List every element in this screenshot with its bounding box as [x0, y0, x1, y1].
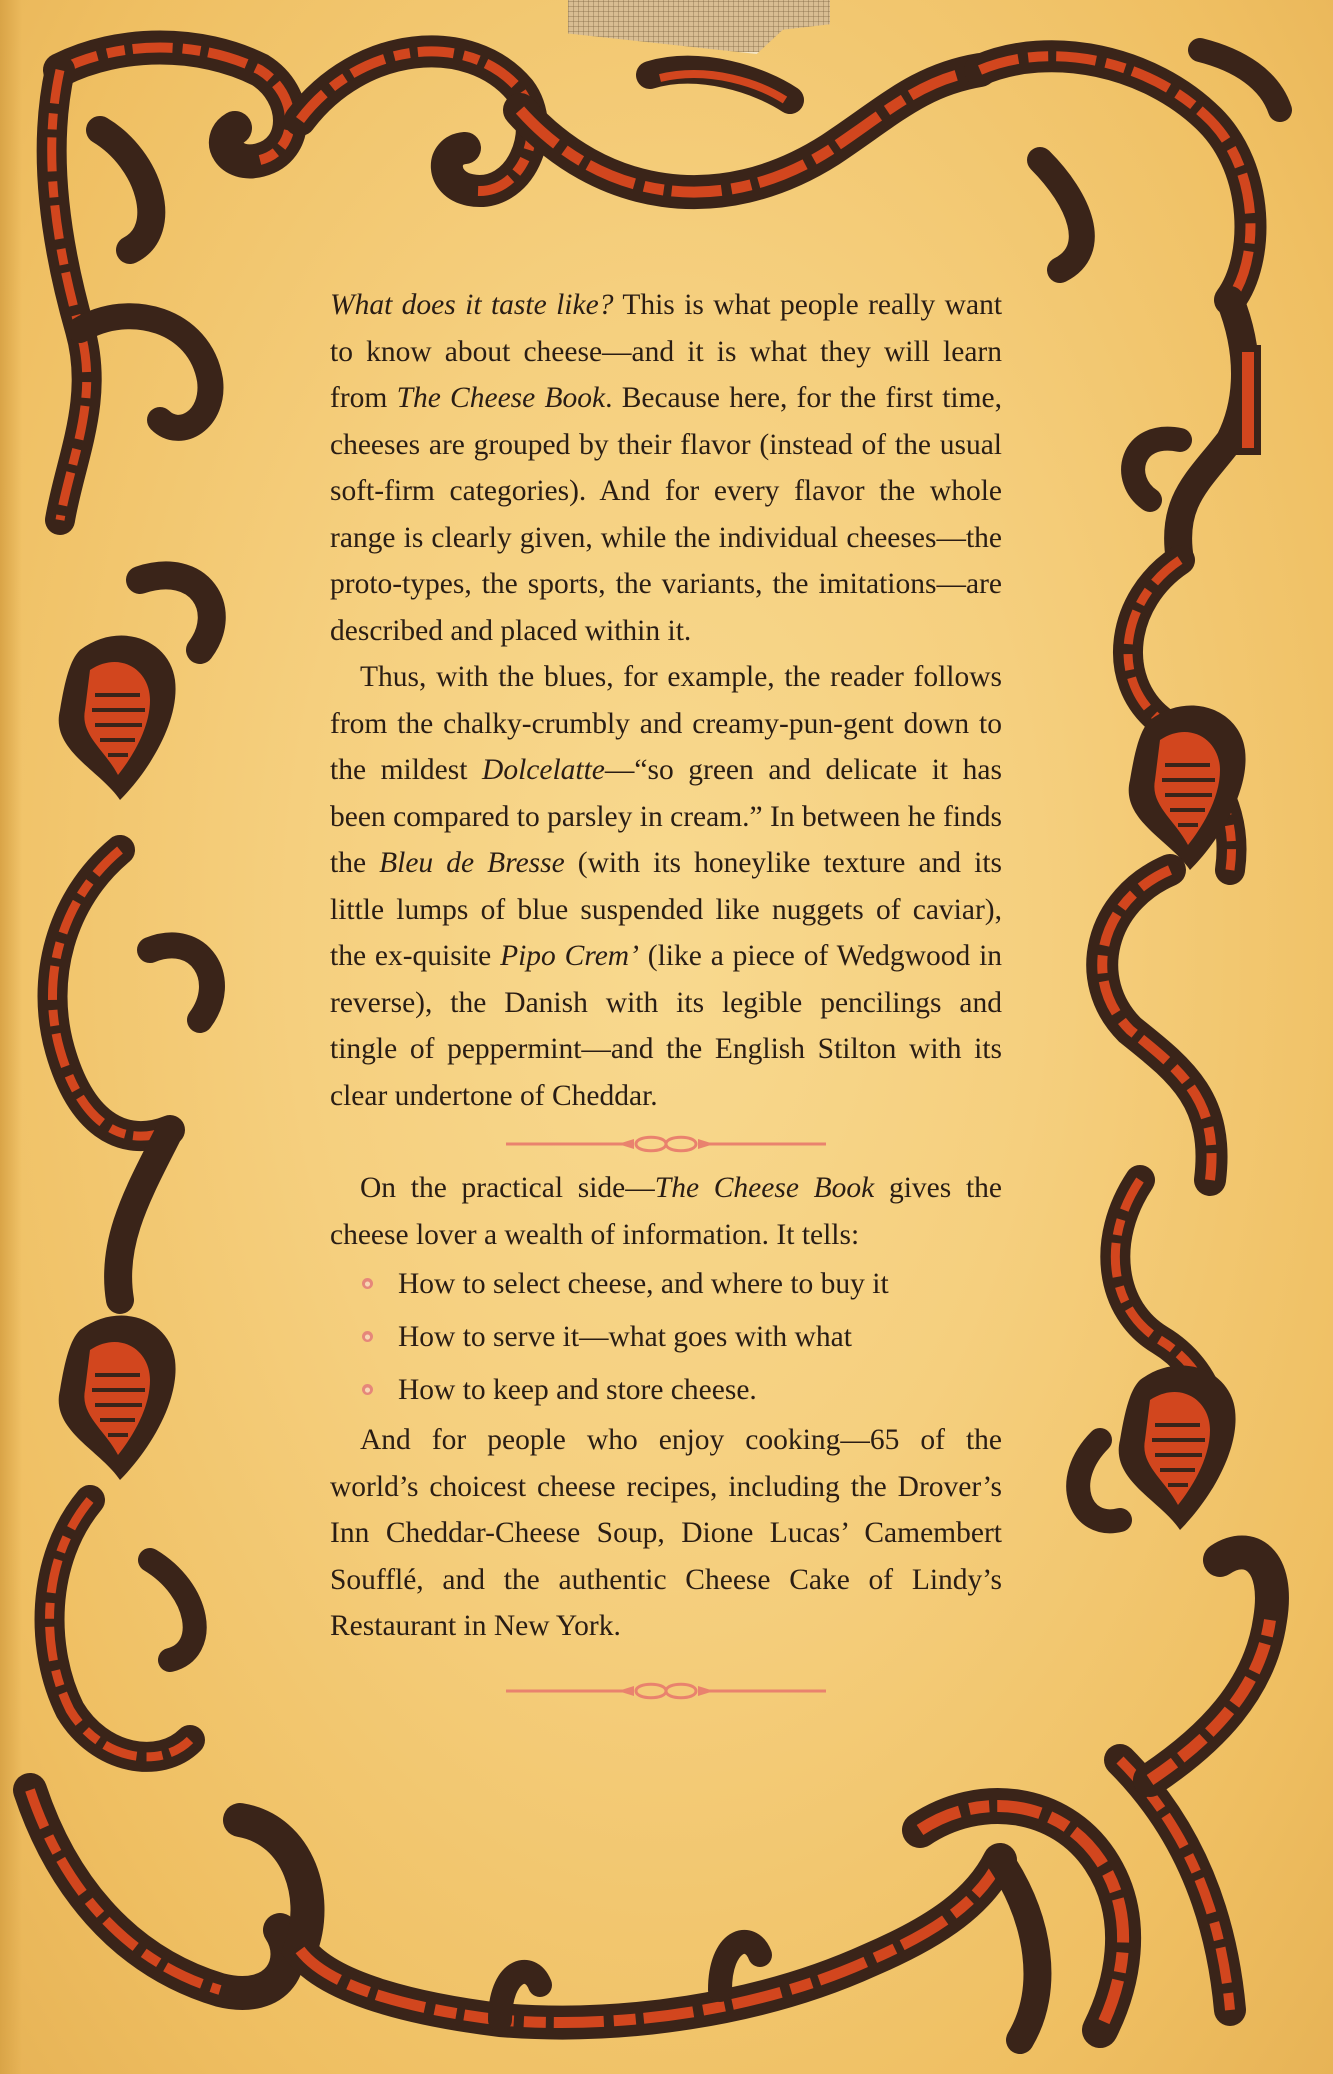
ornamental-rule-divider: [506, 1133, 826, 1155]
list-item: How to keep and store cheese.: [362, 1364, 1002, 1417]
intro-paragraph: What does it taste like? This is what pe…: [330, 282, 1002, 654]
cheese-name: Dolcelatte: [482, 754, 605, 786]
bullet-circle-icon: [362, 1331, 373, 1342]
blues-paragraph: Thus, with the blues, for example, the r…: [330, 654, 1002, 1119]
jacket-copy: What does it taste like? This is what pe…: [330, 282, 1002, 1712]
ornamental-rule-divider: [506, 1680, 826, 1702]
lead-question: What does it taste like?: [330, 289, 613, 321]
recipes-paragraph: And for people who enjoy cooking—65 of t…: [330, 1417, 1002, 1650]
bullet-circle-icon: [362, 1278, 373, 1289]
book-title: The Cheese Book: [397, 382, 606, 414]
list-item: How to select cheese, and where to buy i…: [362, 1258, 1002, 1311]
book-title: The Cheese Book: [655, 1172, 874, 1204]
cheese-name: Pipo Crem’: [500, 940, 639, 972]
info-list: How to select cheese, and where to buy i…: [330, 1258, 1002, 1417]
practical-paragraph: On the practical side—The Cheese Book gi…: [330, 1165, 1002, 1258]
cheese-name: Bleu de Bresse: [379, 847, 565, 879]
list-item: How to serve it—what goes with what: [362, 1311, 1002, 1364]
bullet-circle-icon: [362, 1384, 373, 1395]
